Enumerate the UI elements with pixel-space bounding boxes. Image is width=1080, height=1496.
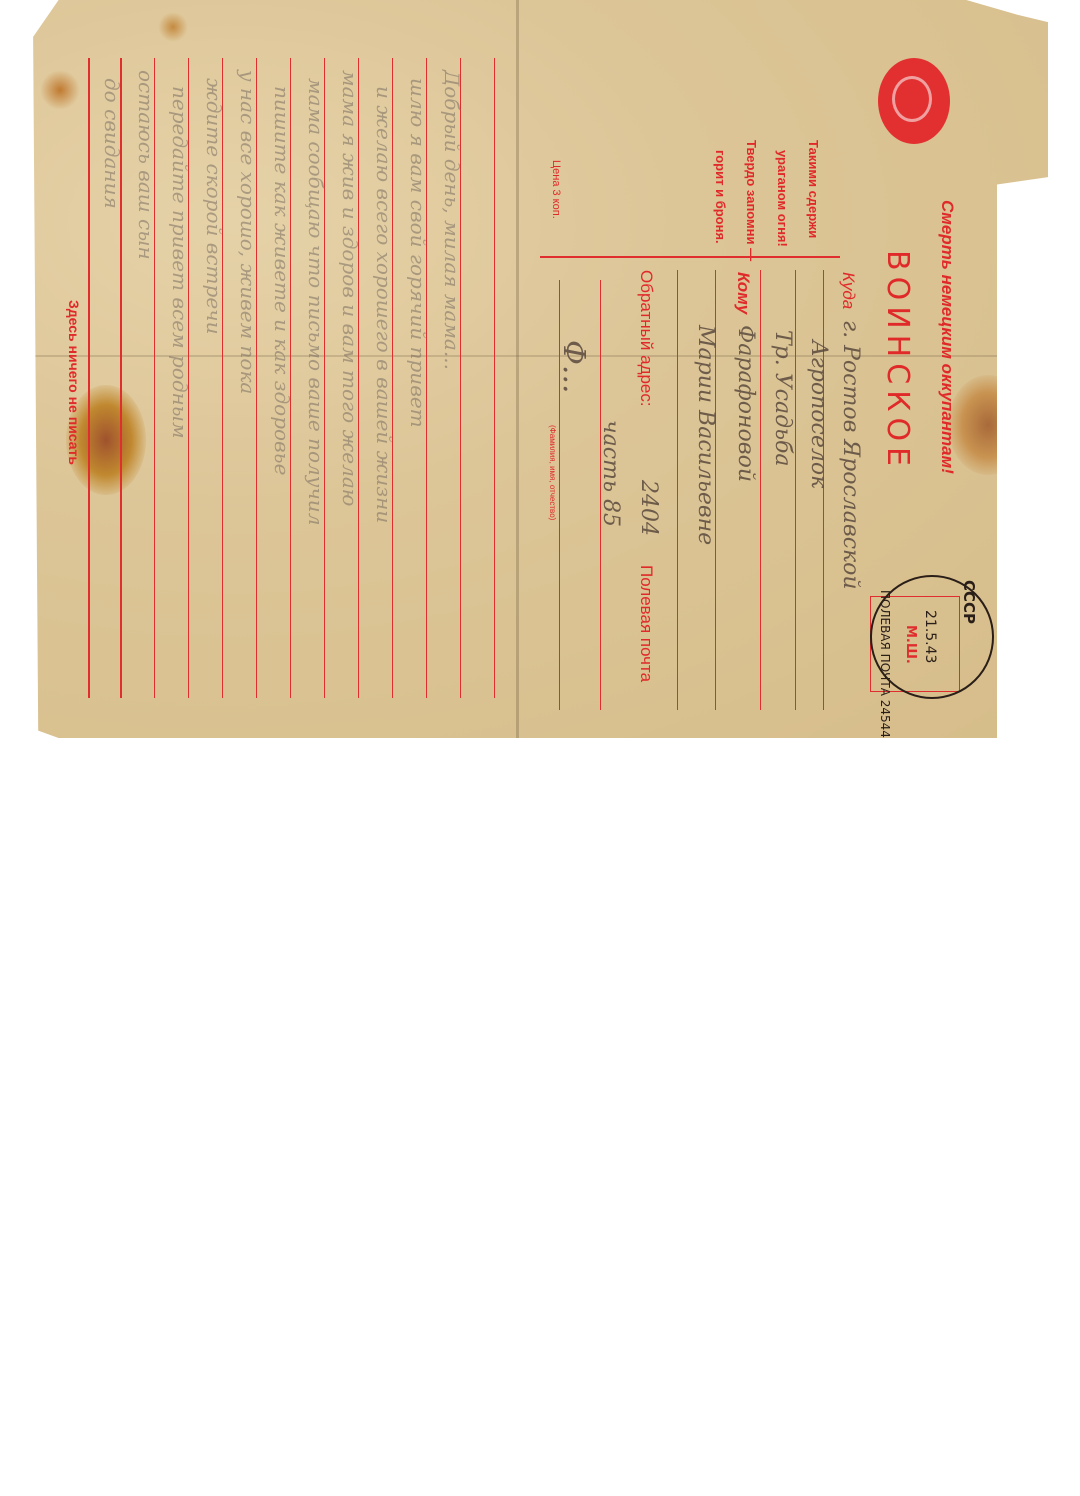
stain-right (948, 375, 1028, 475)
to-where-value-3: Тр. Усадьба (770, 330, 795, 467)
censor-mark: М.Ш. (903, 625, 918, 664)
address-rule-3 (760, 270, 761, 710)
ussr-emblem-icon (878, 58, 950, 144)
ruled-line (494, 58, 495, 698)
poem-line-2: ураганом огня! (775, 150, 790, 247)
letter-line: передайте привет всем родным (168, 86, 192, 439)
field-post-number: 2404 (636, 480, 661, 536)
price-label: Цена 3 коп. (550, 160, 562, 219)
sender-hint: (Фамилия, имя, отчество) (548, 425, 557, 520)
slogan: Смерть немецким оккупантам! (937, 200, 957, 474)
letter-line: и желаю всего хорошего в вашей жизни (372, 86, 396, 523)
to-where-label: Куда (838, 272, 858, 309)
letter-line: до свидания (100, 78, 124, 209)
field-post-label: Полевая почта (636, 565, 656, 682)
to-whom-label: Кому (733, 272, 753, 314)
poem-line-1: Такими сдержи (806, 140, 821, 238)
letter-line: Добрый день, милая мама... (440, 70, 464, 370)
to-whom-value: Фарафоновой (733, 325, 758, 482)
letter-line: мама сообщаю что письмо ваше получил (304, 78, 328, 525)
letter-line: остаюсь ваш сын (134, 70, 158, 260)
to-where-value: г. Ростов Ярославской (838, 320, 863, 590)
postmark-ring-text: ПОЛЕВАЯ ПОЧТА 24544 (878, 590, 892, 738)
form-title: ВОИНСКОЕ (880, 250, 915, 472)
return-address-label: Обратный адрес: (636, 270, 656, 407)
unit-value: часть 85 (598, 420, 623, 527)
letter-line: пишите как живете и как здоровье (270, 86, 294, 475)
address-rule-5 (677, 270, 678, 710)
fold-line (516, 0, 519, 738)
form-separator (540, 256, 840, 258)
postmark-date: 21.5.43 (922, 610, 938, 663)
address-rule-1 (823, 270, 824, 710)
postmark-country: СССР (960, 580, 978, 624)
to-where-value-2: Агропоселок (806, 340, 831, 488)
letter-line: у нас все хорошо, живем пока (236, 70, 260, 394)
poem-line-3: Твердо запомни — (744, 140, 759, 261)
letter-line: мама я жив и здоров и вам того желаю (338, 70, 362, 506)
margin-note: Здесь ничего не писать (66, 300, 82, 465)
letter-line: ждите скорой встречи (202, 78, 226, 334)
stain-top (158, 12, 188, 42)
sender-signature: Ф... (556, 340, 591, 394)
poem-line-4: горит и броня. (713, 150, 728, 244)
stain-corner (40, 70, 80, 110)
to-whom-value-2: Марии Васильевне (693, 325, 718, 545)
letter-line: шлю я вам свой горячий привет (406, 78, 430, 428)
address-rule-2 (795, 270, 796, 710)
margin-rule (88, 58, 90, 698)
